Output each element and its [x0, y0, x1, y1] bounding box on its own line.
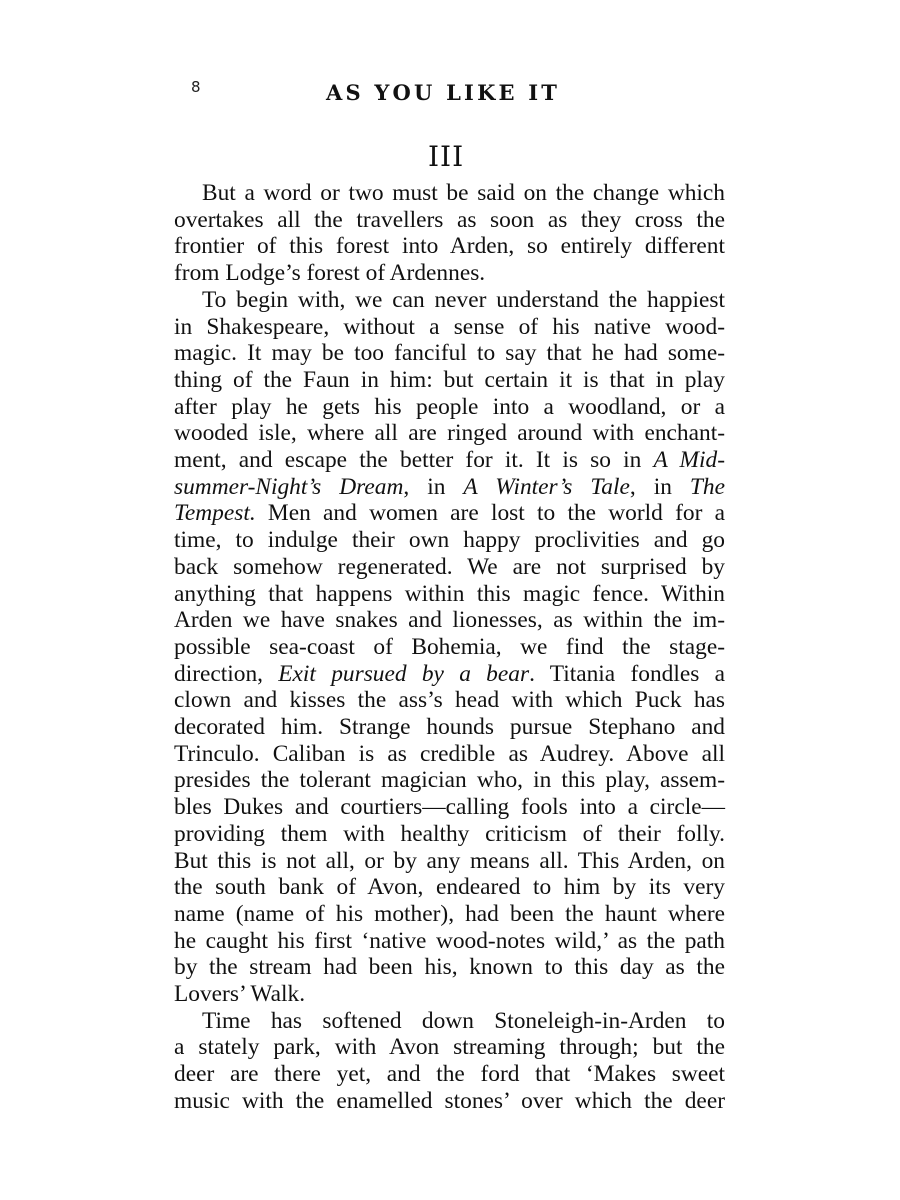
- text-line: anything that happens within this magic …: [174, 581, 725, 608]
- italic-title: Exit pursued by a bear: [278, 661, 529, 687]
- text-line: direction, Exit pursued by a bear. Titan…: [174, 661, 725, 688]
- text-line: by the stream had been his, known to thi…: [174, 954, 725, 981]
- running-head: AS YOU LIKE IT: [326, 80, 586, 105]
- text-line: But this is not all, or by any means all…: [174, 848, 725, 875]
- italic-title: The: [690, 474, 725, 500]
- text-line: the south bank of Avon, endeared to him …: [174, 874, 725, 901]
- italic-title: A Mid-: [653, 447, 725, 473]
- book-page: 8 AS YOU LIKE IT III But a word or two m…: [0, 0, 900, 1200]
- text-line: bles Dukes and courtiers—calling fools i…: [174, 794, 725, 821]
- text-line: wooded isle, where all are ringed around…: [174, 420, 725, 447]
- text-line: in Shakespeare, without a sense of his n…: [174, 314, 725, 341]
- text-line: Lovers’ Walk.: [174, 981, 725, 1008]
- text-line: music with the enamelled stones’ over wh…: [174, 1088, 725, 1115]
- text-line: decorated him. Strange hounds pursue Ste…: [174, 714, 725, 741]
- text-line: name (name of his mother), had been the …: [174, 901, 725, 928]
- italic-title: Tempest.: [174, 500, 256, 526]
- text-line: Time has softened down Stoneleigh-in-Ard…: [174, 1008, 725, 1035]
- text-line: after play he gets his people into a woo…: [174, 394, 725, 421]
- text-line: back somehow regenerated. We are not sur…: [174, 554, 725, 581]
- text-line: frontier of this forest into Arden, so e…: [174, 233, 725, 260]
- text-line: Tempest. Men and women are lost to the w…: [174, 500, 725, 527]
- text-line: summer-Night’s Dream, in A Winter’s Tale…: [174, 474, 725, 501]
- text-line: overtakes all the travellers as soon as …: [174, 207, 725, 234]
- italic-title: A Winter’s Tale: [463, 474, 629, 500]
- text-line: from Lodge’s forest of Ardennes.: [174, 260, 725, 287]
- text-line: deer are there yet, and the ford that ‘M…: [174, 1061, 725, 1088]
- text-line: But a word or two must be said on the ch…: [174, 180, 725, 207]
- page-number: 8: [191, 78, 201, 96]
- italic-title: summer-Night’s Dream: [174, 474, 403, 500]
- text-line: time, to indulge their own happy procliv…: [174, 527, 725, 554]
- text-line: ment, and escape the better for it. It i…: [174, 447, 725, 474]
- text-line: Arden we have snakes and lionesses, as w…: [174, 607, 725, 634]
- text-line: clown and kisses the ass’s head with whi…: [174, 687, 725, 714]
- text-line: providing them with healthy criticism of…: [174, 821, 725, 848]
- text-line: possible sea-coast of Bohemia, we find t…: [174, 634, 725, 661]
- text-line: thing of the Faun in him: but certain it…: [174, 367, 725, 394]
- section-heading: III: [428, 140, 464, 173]
- text-line: he caught his first ‘native wood-notes w…: [174, 928, 725, 955]
- text-line: magic. It may be too fanciful to say tha…: [174, 340, 725, 367]
- text-line: presides the tolerant magician who, in t…: [174, 767, 725, 794]
- text-line: Trinculo. Caliban is as credible as Audr…: [174, 741, 725, 768]
- text-line: To begin with, we can never understand t…: [174, 287, 725, 314]
- text-line: a stately park, with Avon streaming thro…: [174, 1034, 725, 1061]
